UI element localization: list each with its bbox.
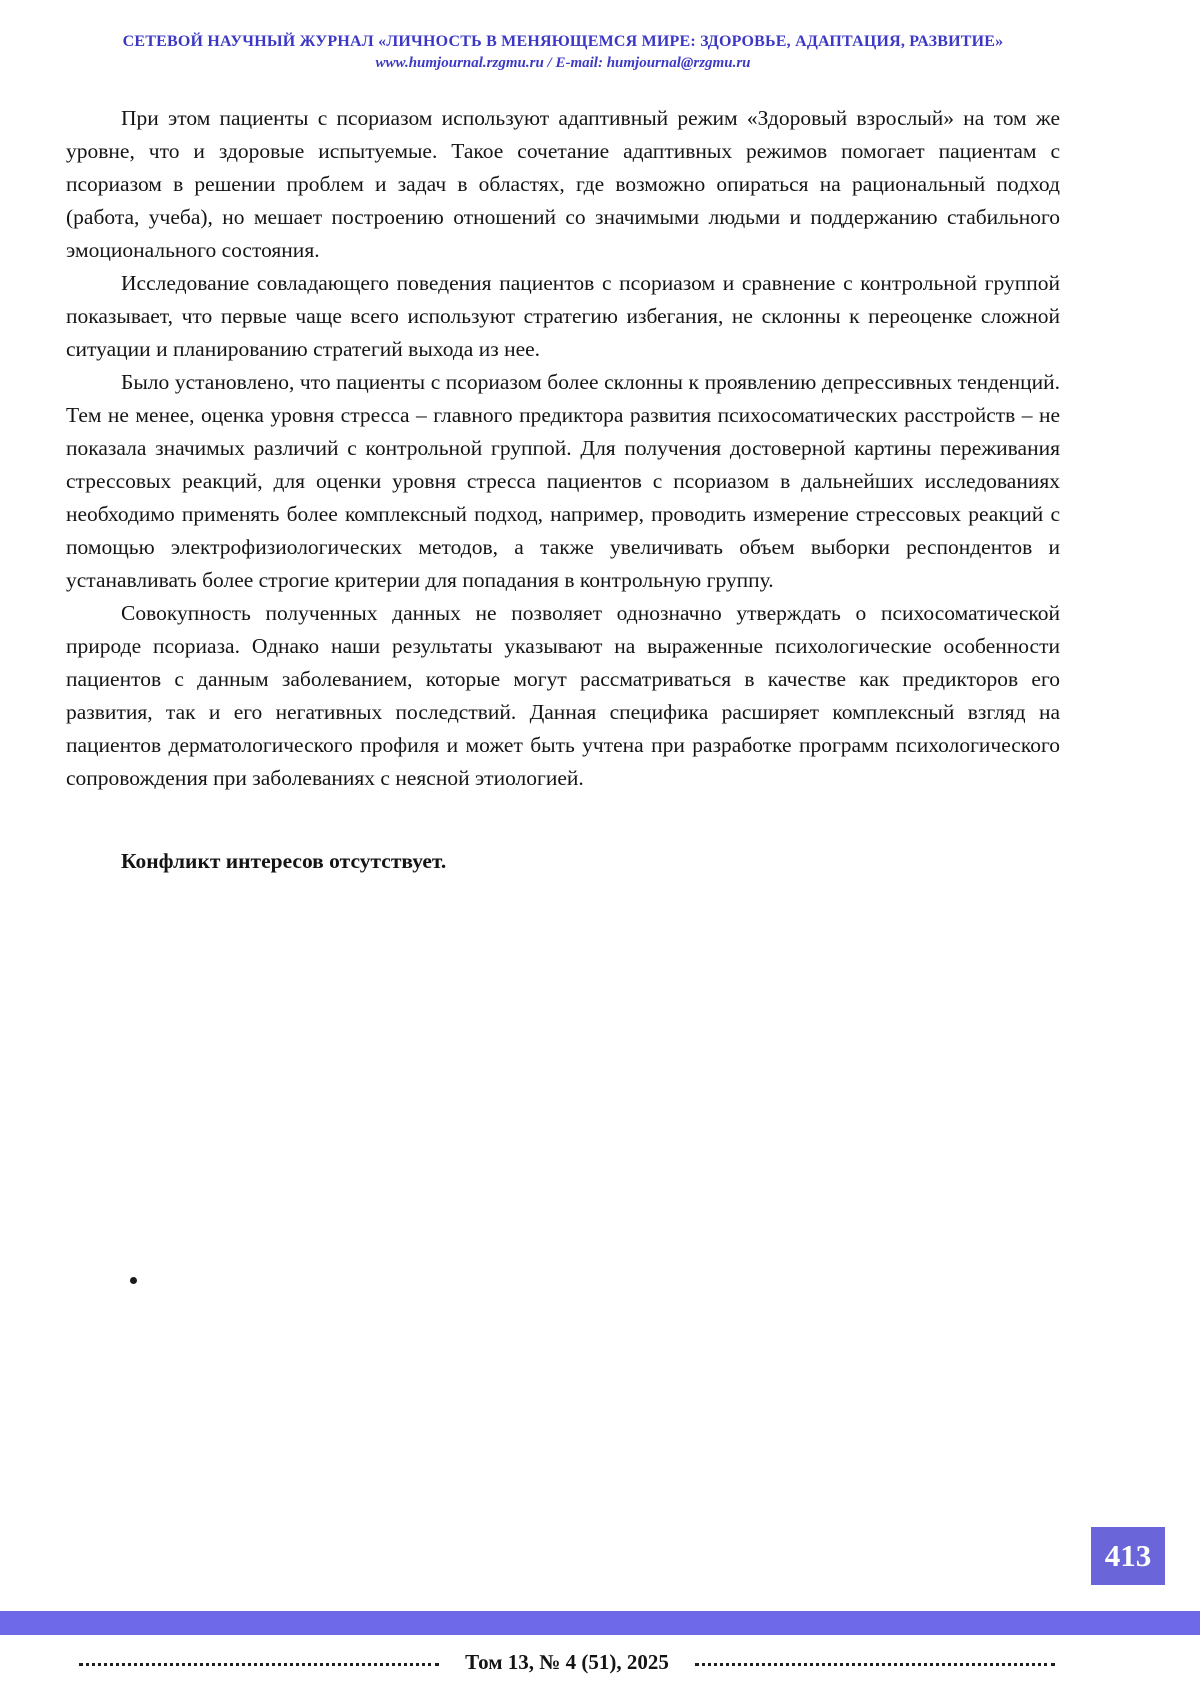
volume-info: Том 13, № 4 (51), 2025 bbox=[465, 1650, 669, 1675]
bullet-dot-icon bbox=[130, 1277, 137, 1284]
dotted-line-left bbox=[79, 1663, 439, 1666]
page-number-badge: 413 bbox=[1091, 1527, 1165, 1585]
paragraph-coping-behavior: Исследование совладающего поведения паци… bbox=[66, 267, 1060, 366]
paragraph-conclusion: Совокупность полученных данных не позвол… bbox=[66, 597, 1060, 795]
conflict-statement: Конфликт интересов отсутствует. bbox=[66, 845, 1060, 878]
paragraph-depressive-tendencies: Было установлено, что пациенты с псориаз… bbox=[66, 366, 1060, 597]
volume-footer: Том 13, № 4 (51), 2025 bbox=[79, 1650, 1055, 1675]
document-page: СЕТЕВОЙ НАУЧНЫЙ ЖУРНАЛ «ЛИЧНОСТЬ В МЕНЯЮ… bbox=[0, 0, 1200, 1697]
journal-title: СЕТЕВОЙ НАУЧНЫЙ ЖУРНАЛ «ЛИЧНОСТЬ В МЕНЯЮ… bbox=[66, 32, 1060, 52]
article-body: При этом пациенты с псориазом используют… bbox=[66, 102, 1060, 878]
journal-contacts: www.humjournal.rzgmu.ru / E-mail: humjou… bbox=[66, 55, 1060, 72]
page-number: 413 bbox=[1105, 1538, 1152, 1574]
paragraph-adaptive-mode: При этом пациенты с псориазом используют… bbox=[66, 102, 1060, 267]
dotted-line-right bbox=[695, 1663, 1055, 1666]
journal-header: СЕТЕВОЙ НАУЧНЫЙ ЖУРНАЛ «ЛИЧНОСТЬ В МЕНЯЮ… bbox=[66, 32, 1060, 72]
footer-divider-bar bbox=[0, 1611, 1200, 1635]
